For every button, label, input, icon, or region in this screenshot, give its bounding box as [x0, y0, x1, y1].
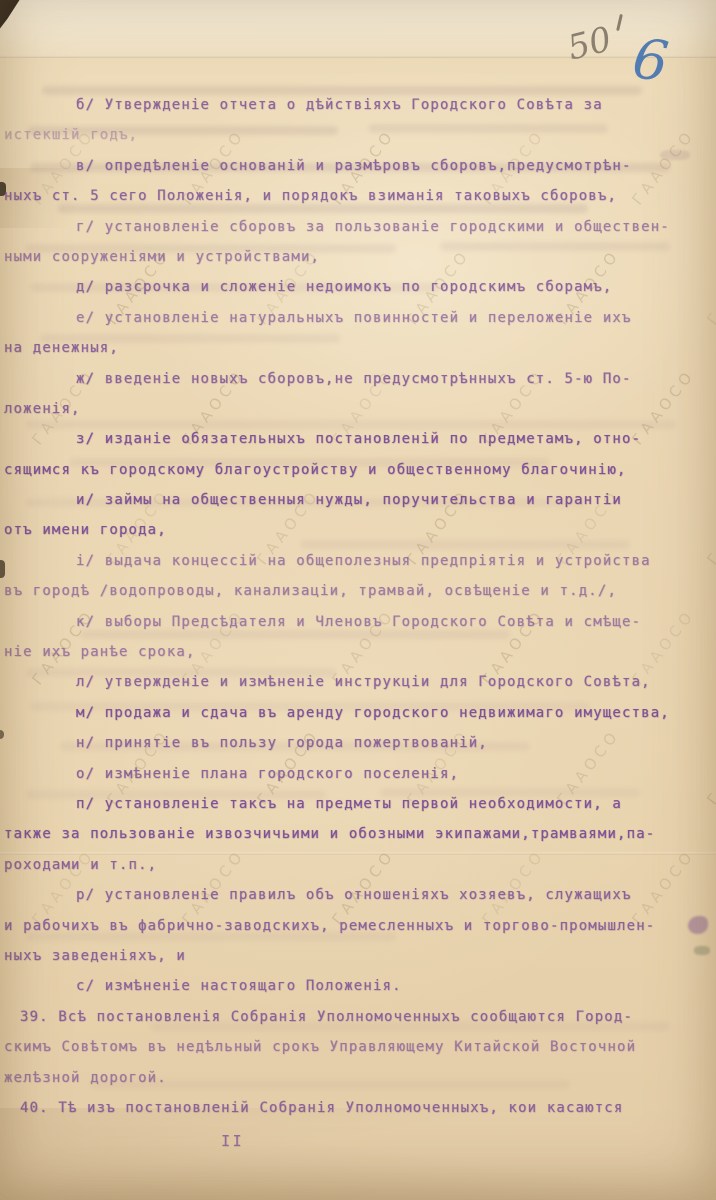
document-line: 39. Всѣ постановленія Собранія Уполномоч… [4, 1002, 704, 1032]
document-line: е/ установленіе натуральныхъ повинностей… [4, 303, 704, 333]
pencil-page-number: 50 [564, 19, 616, 68]
page-number: II [221, 1132, 244, 1150]
document-line: м/ продажа и сдача въ аренду городского … [4, 698, 704, 728]
document-line: сящимся къ городскому благоустройству и … [4, 455, 704, 485]
document-line: въ городѣ /водопроводы, канализаціи, тра… [4, 576, 704, 606]
document-line: ложенія, [4, 394, 704, 424]
document-page: ГААОСОГААОСОГААОСОГААОСОГААОСОГААОСОГААО… [0, 0, 716, 1200]
typed-text-block: б/ Утвержденіе отчета о дѣйствіяхъ Город… [4, 90, 704, 1123]
document-line: истекшій годъ, [4, 120, 704, 150]
document-line: в/ опредѣленіе основаній и размѣровъ сбо… [4, 151, 704, 181]
archive-watermark: ГААОСО [703, 486, 716, 569]
document-line: скимъ Совѣтомъ въ недѣльный срокъ Управл… [4, 1032, 704, 1062]
document-line: з/ изданіе обязательныхъ постановленій п… [4, 424, 704, 454]
document-line: к/ выборы Предсѣдателя и Членовъ Городск… [4, 607, 704, 637]
document-line: н/ принятіе въ пользу города пожертвован… [4, 728, 704, 758]
document-line: ніе ихъ ранѣе срока, [4, 637, 704, 667]
document-line: 40. Тѣ изъ постановленій Собранія Уполно… [4, 1093, 704, 1123]
archive-watermark: ГААОСО [703, 726, 716, 809]
document-line: б/ Утвержденіе отчета о дѣйствіяхъ Город… [4, 90, 704, 120]
blue-ink-page-number: 6 [629, 26, 672, 94]
document-line: и/ займы на общественныя нужды, поручите… [4, 485, 704, 515]
document-line: ж/ введеніе новыхъ сборовъ,не предусмотр… [4, 364, 704, 394]
document-line: г/ установленіе сборовъ за пользованіе г… [4, 212, 704, 242]
document-line: отъ имени города, [4, 515, 704, 545]
document-line: желѣзной дорогой. [4, 1063, 704, 1093]
document-line: с/ измѣненіе настоящаго Положенія. [4, 971, 704, 1001]
document-line: л/ утвержденіе и измѣненіе инструкціи дл… [4, 667, 704, 697]
document-line: также за пользованіе извозчичьими и обоз… [4, 819, 704, 849]
document-line: на денежныя, [4, 333, 704, 363]
document-line: роходами и т.п., [4, 850, 704, 880]
document-line: д/ разсрочка и сложеніе недоимокъ по гор… [4, 272, 704, 302]
document-line: п/ установленіе таксъ на предметы первой… [4, 789, 704, 819]
document-line: р/ установленіе правилъ объ отношеніяхъ … [4, 880, 704, 910]
document-line: ныхъ ст. 5 сего Положенія, и порядокъ вз… [4, 181, 704, 211]
document-line: ныхъ заведеніяхъ, и [4, 941, 704, 971]
document-line: о/ измѣненіе плана городского поселенія, [4, 759, 704, 789]
document-line: ными сооруженіями и устройствами, [4, 242, 704, 272]
document-line: і/ выдача концессій на общеполезныя пред… [4, 546, 704, 576]
document-line: и рабочихъ въ фабрично-заводскихъ, ремес… [4, 911, 704, 941]
archive-watermark: ГААОСО [703, 246, 716, 329]
